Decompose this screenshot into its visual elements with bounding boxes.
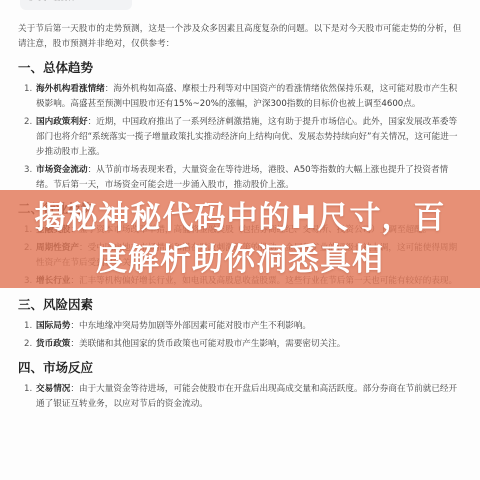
list-item: 2. 国内政策利好：近期，中国政府推出了一系列经济刺激措施，这有助于提升市场信心… <box>18 115 462 160</box>
list-text: ：近期，中国政府推出了一系列经济刺激措施，这有助于提升市场信心。此外，国家发展改… <box>36 117 457 157</box>
list-term: 海外机构看涨情绪 <box>36 84 105 94</box>
overlay-headline-line1: 揭秘神秘代码中的H尺寸，百 <box>35 197 446 239</box>
list-text: ：中东地缘冲突局势加剧等外部因素可能对股市产生不利影响。 <box>70 321 311 331</box>
list-number: 1. <box>24 82 32 97</box>
list-number: 3. <box>24 163 32 178</box>
section-list-risk-factors: 1. 国际局势：中东地缘冲突局势加剧等外部因素可能对股市产生不利影响。 2. 货… <box>18 319 462 352</box>
list-term: 交易情况 <box>36 384 70 394</box>
list-term: 市场资金流动 <box>36 165 88 175</box>
list-number: 1. <box>24 382 32 397</box>
list-item: 1. 海外机构看涨情绪：海外机构如高盛、摩根士丹利等对中国资产的看涨情绪依然保持… <box>18 82 462 112</box>
article-page: 参考了8篇资料 › 关于节后第一天股市的走势预测，这是一个涉及众多因素且高度复杂… <box>0 0 480 480</box>
reference-sources-label: 参考了8篇资料 › <box>28 0 79 2</box>
list-item: 1. 交易情况：由于大量资金等待进场，可能会使股市在开盘后出现高成交量和高活跃度… <box>18 382 462 412</box>
list-term: 国内政策利好 <box>36 117 88 127</box>
list-item: 3. 市场资金流动：从节前市场表现来看，大量资金在等待进场，港股、A50等指数的… <box>18 163 462 193</box>
list-term: 国际局势 <box>36 321 70 331</box>
list-number: 2. <box>24 115 32 130</box>
overlay-headline: 揭秘神秘代码中的H尺寸，百 度解析助你洞悉真相 <box>0 190 480 288</box>
list-text: ：由于大量资金等待进场，可能会使股市在开盘后出现高成交量和高活跃度。部分券商在节… <box>36 384 457 409</box>
list-item: 1. 国际局势：中东地缘冲突局势加剧等外部因素可能对股市产生不利影响。 <box>18 319 462 334</box>
section-title-market-reaction: 四、市场反应 <box>18 360 462 376</box>
list-item: 2. 货币政策：美联储和其他国家的货币政策也可能对股市产生影响，需要密切关注。 <box>18 337 462 352</box>
reference-sources-chip[interactable]: 参考了8篇资料 › <box>20 0 132 10</box>
list-text: ：从节前市场表现来看，大量资金在等待进场，港股、A50等指数的大幅上涨也提升了投… <box>36 165 448 190</box>
section-list-market-reaction: 1. 交易情况：由于大量资金等待进场，可能会使股市在开盘后出现高成交量和高活跃度… <box>18 382 462 412</box>
list-number: 2. <box>24 337 32 352</box>
section-title-overall-trend: 一、总体趋势 <box>18 60 462 76</box>
list-number: 1. <box>24 319 32 334</box>
overlay-headline-line2: 度解析助你洞悉真相 <box>96 239 384 281</box>
list-text: ：美联储和其他国家的货币政策也可能对股市产生影响，需要密切关注。 <box>70 339 345 349</box>
section-title-risk-factors: 三、风险因素 <box>18 297 462 313</box>
intro-paragraph: 关于节后第一天股市的走势预测，这是一个涉及众多因素且高度复杂的问题。以下是对今天… <box>18 22 462 52</box>
section-list-overall-trend: 1. 海外机构看涨情绪：海外机构如高盛、摩根士丹利等对中国资产的看涨情绪依然保持… <box>18 82 462 193</box>
list-term: 货币政策 <box>36 339 70 349</box>
